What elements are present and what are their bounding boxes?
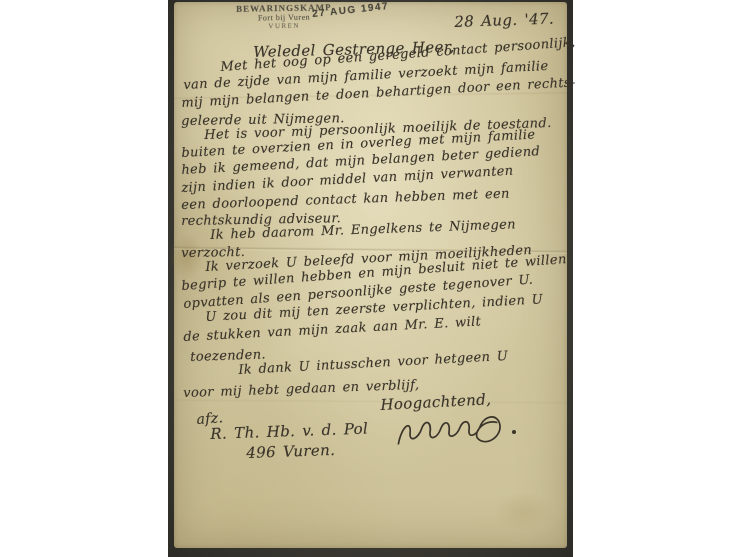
paper-crease	[174, 399, 567, 405]
camp-stamp-line3: VUREN	[232, 21, 336, 31]
signature-period	[512, 430, 516, 434]
letter-date: 28 Aug. '47.	[454, 10, 554, 31]
sender-name: R. Th. Hb. v. d. Pol	[210, 419, 368, 443]
paper-stain	[494, 492, 554, 532]
sender-address: 496 Vuren.	[246, 441, 335, 462]
letter-photo: BEWARINGSKAMP Fort bij Vuren VUREN 27 AU…	[168, 0, 573, 557]
signature	[391, 406, 511, 456]
letter-paper: BEWARINGSKAMP Fort bij Vuren VUREN 27 AU…	[174, 2, 567, 548]
handwritten-line: Ik dank U intusschen voor hetgeen U	[238, 349, 508, 378]
